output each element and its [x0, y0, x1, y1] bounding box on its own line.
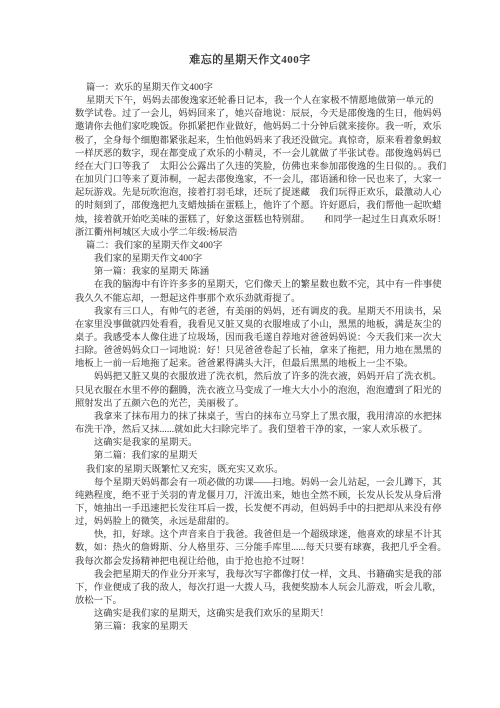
- text-line: 数学试卷。过了一会儿，妈妈回来了，她兴奋地说：辰辰，今天是邵俊逸的生日，他妈妈: [75, 108, 435, 121]
- text-line: 篇一：欢乐的星期天作文400字: [75, 82, 435, 95]
- text-line: 我会把星期天的作业分开来写，我每次写字都像打仗一样，文具、书籍确实是我的部: [75, 569, 435, 582]
- text-line: 我们家的星期天作文400字: [75, 253, 435, 266]
- text-line: 我每次都会发扬精神把电视让给他，由于抢也抢不过呀！: [75, 556, 435, 569]
- text-line: 我家有三口人，有帅气的老爸，有美丽的妈妈，还有调皮的我。星期天不用读书，呆: [75, 306, 435, 319]
- text-line: 每个星期天妈妈都会有一项必做的功课——扫地。妈妈一会儿站起，一会儿蹲下，其: [75, 477, 435, 490]
- text-line: 布洗干净，然后又抹......就如此大扫除完毕了。我们望着干净的家，一家人欢乐极…: [75, 424, 435, 437]
- text-line: 过，妈妈脸上的微笑，永远是甜甜的。: [75, 516, 435, 529]
- text-line: 在加贝门口等来了夏沛桐，一起去邵俊逸家，不一会儿，邵语涵和徐一民也来了，大家一: [75, 174, 435, 187]
- text-line: 只见衣服在水里不停的翻腾，洗衣液立马变成了一堆大大小小的泡泡，泡泡遭到了阳光的: [75, 385, 435, 398]
- text-line: 一样厌恶的数字，现在都变成了欢乐的小精灵，不一会儿就做了半张试卷。邵俊逸妈妈已: [75, 148, 435, 161]
- document-title: 难忘的星期天作文400字: [0, 0, 500, 66]
- text-line: 纯熟程度，绝不亚于关羽的青龙偃月刀，汗流出来，她也全然不顾，长发从长发从身后滑: [75, 490, 435, 503]
- text-line: 篇二：我们家的星期天作文400字: [75, 240, 435, 253]
- text-line: 我拿来了抹布用力的抹了抹桌子，雪白的抹布立马穿上了黑衣服，我用清凉的水把抹: [75, 411, 435, 424]
- text-line: 邀请你去他们家吃晚饭。你抓紧把作业做好，他妈妈二十分钟后就来接你。我一听，欢乐: [75, 121, 435, 134]
- text-line: 极了，全身每个细胞都紧张起来，生怕他妈妈来了我还没做完。真惊奇，原来看着象蚂蚁: [75, 135, 435, 148]
- text-line: 妈妈把又脏又臭的衣服放进了洗衣机，然后放了许多的洗衣液，妈妈开启了洗衣机。: [75, 371, 435, 384]
- text-line: 数，如：热火的詹姆斯、分人格里芬、三分能手库里......每天只要有球赛，我把几…: [75, 542, 435, 555]
- text-line: 经在大门口等我了 太阳公公露出了久违的笑脸，仿佛也来参加邵俊逸的生日似的。。我们: [75, 161, 435, 174]
- text-line: 快，扣，好球。这个声音来自于我爸。我爸但是一个超级球迷，他喜欢的球星不计其: [75, 529, 435, 542]
- text-line: 星期天下午，妈妈去邵俊逸家还轮番日记本，我一个人在家极不情愿地做第一单元的: [75, 95, 435, 108]
- text-line: 我们家的星期天既繁忙又充实，既充实又欢乐。: [75, 464, 435, 477]
- text-line: 在家里没事做就四处看看，我看见又脏又臭的衣服堆成了小山，黑黑的地板，满是灰尘的: [75, 319, 435, 332]
- text-line: 这确实是我们家的星期天，这确实是我们欢乐的星期天！: [75, 608, 435, 621]
- text-line: 第一篇：我家的星期天 陈涵: [75, 266, 435, 279]
- text-line: 浙江衢州柯城区大成小学二年级:杨辰浩: [75, 227, 435, 240]
- text-line: 我久久不能忘却，一想起这件事那个欢乐劲就甭提了。: [75, 293, 435, 306]
- document-body: 篇一：欢乐的星期天作文400字星期天下午，妈妈去邵俊逸家还轮番日记本，我一个人在…: [75, 82, 435, 635]
- text-line: 在我的脑海中有许许多多的星期天，它们像天上的繁星数也数不完，其中有一件事使: [75, 279, 435, 292]
- document-page: 难忘的星期天作文400字 篇一：欢乐的星期天作文400字星期天下午，妈妈去邵俊逸…: [0, 0, 500, 708]
- text-line: 的时刻到了，邵俊逸把九支蜡烛插在蛋糕上，他许了个愿。许好愿后，我们帮他一起吹蜡: [75, 200, 435, 213]
- text-line: 下，她抽出一手迅速把长发往耳后一拨，长发便不再动，但妈妈手中的扫把却从来没有停: [75, 503, 435, 516]
- text-line: 扫除。爸爸妈妈众口一词地说：好！只见爸爸卷起了长袖，拿来了拖把，用力地在黑黑的: [75, 345, 435, 358]
- text-line: 桌子。我感受本人像住进了垃圾场，因而我毛遂自荐地对爸爸妈妈说：今天我们来一次大: [75, 332, 435, 345]
- text-line: 放松一下。: [75, 595, 435, 608]
- text-line: 烛，接着就开始吃美味的蛋糕了，好象这蛋糕也特别甜。 和同学一起过生日真欢乐呀！: [75, 214, 435, 227]
- text-line: 起玩游戏。先是玩吹泡泡，接着打羽毛球，还玩了捉迷藏 我们玩得正欢乐，最激动人心: [75, 187, 435, 200]
- text-line: 下，作业便成了我的敌人，每次打退一大拨人马，我便奖励本人玩会儿游戏，听会儿歌，: [75, 582, 435, 595]
- text-line: 照射发出了五颜六色的光芒，美丽极了。: [75, 398, 435, 411]
- text-line: 第二篇：我们家的星期天: [75, 450, 435, 463]
- text-line: 第三篇：我家的星期天: [75, 621, 435, 634]
- text-line: 这确实是我家的星期天。: [75, 437, 435, 450]
- text-line: 地板上一前一后地拖了起来。爸爸累得满头大汗，但最后黑黑的地板上一尘不染。: [75, 358, 435, 371]
